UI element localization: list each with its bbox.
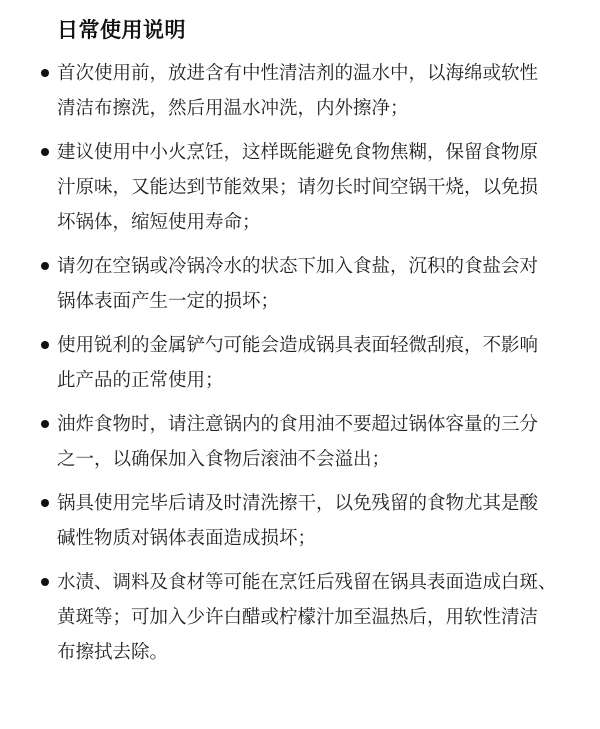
item-text-line: 清洁布擦洗，然后用温水冲洗，内外擦净； bbox=[57, 91, 560, 126]
item-text-line: 水渍、调料及食材等可能在烹饪后残留在锅具表面造成白斑、 bbox=[57, 565, 560, 600]
item-text-line: 请勿在空锅或冷锅冷水的状态下加入食盐，沉积的食盐会对 bbox=[57, 249, 560, 284]
item-text-line: 建议使用中小火烹饪，这样既能避免食物焦糊，保留食物原 bbox=[57, 135, 560, 170]
list-item: 油炸食物时，请注意锅内的食用油不要超过锅体容量的三分 之一，以确保加入食物后滚油… bbox=[0, 407, 600, 477]
item-text-line: 使用锐利的金属铲勺可能会造成锅具表面轻微刮痕，不影响 bbox=[57, 328, 560, 363]
list-item: 请勿在空锅或冷锅冷水的状态下加入食盐，沉积的食盐会对 锅体表面产生一定的损坏； bbox=[0, 249, 600, 319]
instruction-list: 首次使用前，放进含有中性清洁剂的温水中，以海绵或软性 清洁布擦洗，然后用温水冲洗… bbox=[0, 56, 600, 679]
item-text-line: 汁原味，又能达到节能效果；请勿长时间空锅干烧，以免损 bbox=[57, 170, 560, 205]
item-text-line: 首次使用前，放进含有中性清洁剂的温水中，以海绵或软性 bbox=[57, 56, 560, 91]
item-text-line: 此产品的正常使用； bbox=[57, 363, 560, 398]
bullet-dot-icon bbox=[41, 420, 49, 428]
bullet-dot-icon bbox=[41, 499, 49, 507]
list-item: 锅具使用完毕后请及时清洗擦干，以免残留的食物尤其是酸 碱性物质对锅体表面造成损坏… bbox=[0, 486, 600, 556]
bullet-dot-icon bbox=[41, 341, 49, 349]
item-text-line: 之一，以确保加入食物后滚油不会溢出； bbox=[57, 442, 560, 477]
bullet-dot-icon bbox=[41, 69, 49, 77]
page-title: 日常使用说明 bbox=[57, 14, 186, 46]
item-text-line: 黄斑等；可加入少许白醋或柠檬汁加至温热后，用软性清洁 bbox=[57, 600, 560, 635]
list-item: 建议使用中小火烹饪，这样既能避免食物焦糊，保留食物原 汁原味，又能达到节能效果；… bbox=[0, 135, 600, 240]
bullet-dot-icon bbox=[41, 578, 49, 586]
item-text-line: 锅体表面产生一定的损坏； bbox=[57, 284, 560, 319]
item-text-line: 碱性物质对锅体表面造成损坏； bbox=[57, 521, 560, 556]
item-text-line: 油炸食物时，请注意锅内的食用油不要超过锅体容量的三分 bbox=[57, 407, 560, 442]
item-text-line: 布擦拭去除。 bbox=[57, 635, 560, 670]
usage-instructions-page: 日常使用说明 首次使用前，放进含有中性清洁剂的温水中，以海绵或软性 清洁布擦洗，… bbox=[0, 0, 600, 729]
item-text-line: 锅具使用完毕后请及时清洗擦干，以免残留的食物尤其是酸 bbox=[57, 486, 560, 521]
item-text-line: 坏锅体，缩短使用寿命； bbox=[57, 205, 560, 240]
list-item: 水渍、调料及食材等可能在烹饪后残留在锅具表面造成白斑、 黄斑等；可加入少许白醋或… bbox=[0, 565, 600, 670]
list-item: 使用锐利的金属铲勺可能会造成锅具表面轻微刮痕，不影响 此产品的正常使用； bbox=[0, 328, 600, 398]
bullet-dot-icon bbox=[41, 262, 49, 270]
list-item: 首次使用前，放进含有中性清洁剂的温水中，以海绵或软性 清洁布擦洗，然后用温水冲洗… bbox=[0, 56, 600, 126]
bullet-dot-icon bbox=[41, 148, 49, 156]
